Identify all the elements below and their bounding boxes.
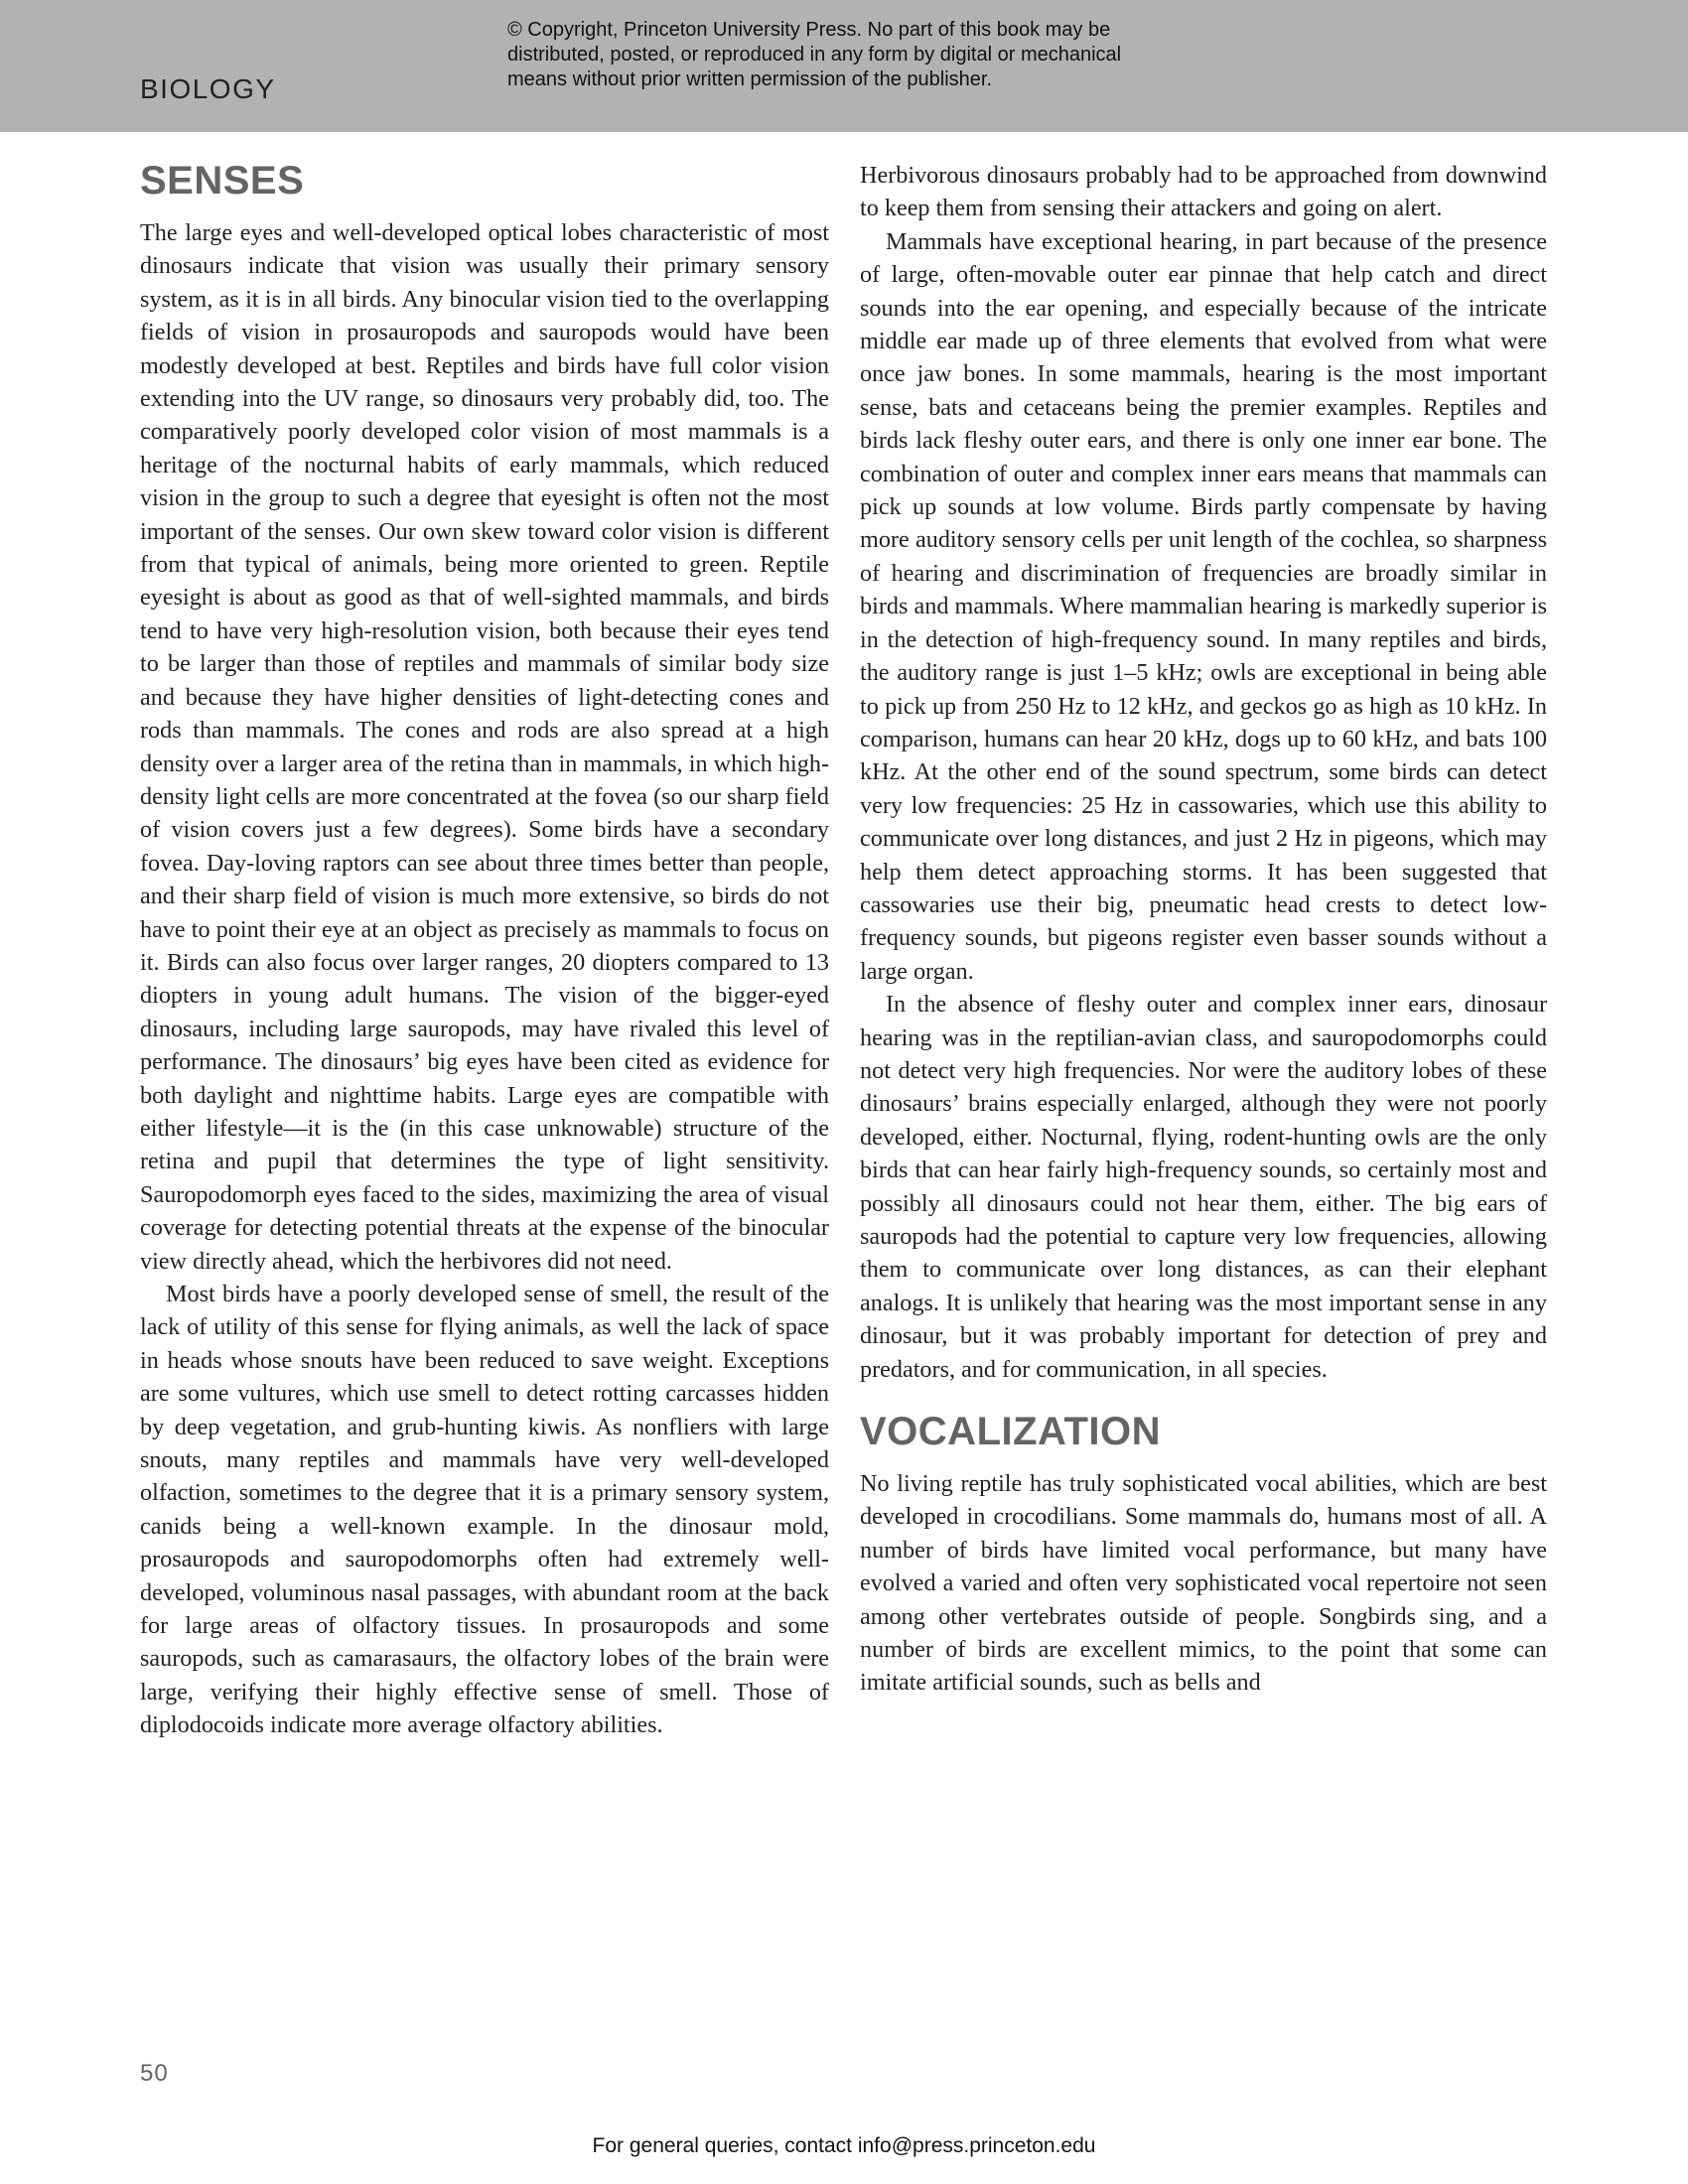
paragraph-vocalization: No living reptile has truly sophisticate…: [860, 1467, 1547, 1700]
paragraph-dinosaur-hearing: In the absence of fleshy outer and compl…: [860, 988, 1547, 1386]
left-column: SENSES The large eyes and well-developed…: [140, 157, 829, 1742]
copyright-line: © Copyright, Princeton University Press.…: [507, 18, 1202, 43]
paragraph-smell-continued: Herbivorous dinosaurs probably had to be…: [860, 159, 1547, 225]
footer-contact: For general queries, contact info@press.…: [0, 2134, 1688, 2158]
page-number: 50: [140, 2060, 169, 2088]
section-heading-vocalization: VOCALIZATION: [860, 1408, 1547, 1455]
paragraph-smell: Most birds have a poorly developed sense…: [140, 1278, 829, 1742]
copyright-line: means without prior written permission o…: [507, 68, 1202, 92]
section-heading-senses: SENSES: [140, 157, 829, 205]
copyright-line: distributed, posted, or reproduced in an…: [507, 43, 1202, 68]
paragraph-mammal-hearing: Mammals have exceptional hearing, in par…: [860, 225, 1547, 988]
running-section-label: BIOLOGY: [140, 73, 276, 105]
right-column: Herbivorous dinosaurs probably had to be…: [860, 159, 1547, 1700]
copyright-notice: © Copyright, Princeton University Press.…: [507, 18, 1202, 92]
paragraph-vision: The large eyes and well-developed optica…: [140, 216, 829, 1278]
